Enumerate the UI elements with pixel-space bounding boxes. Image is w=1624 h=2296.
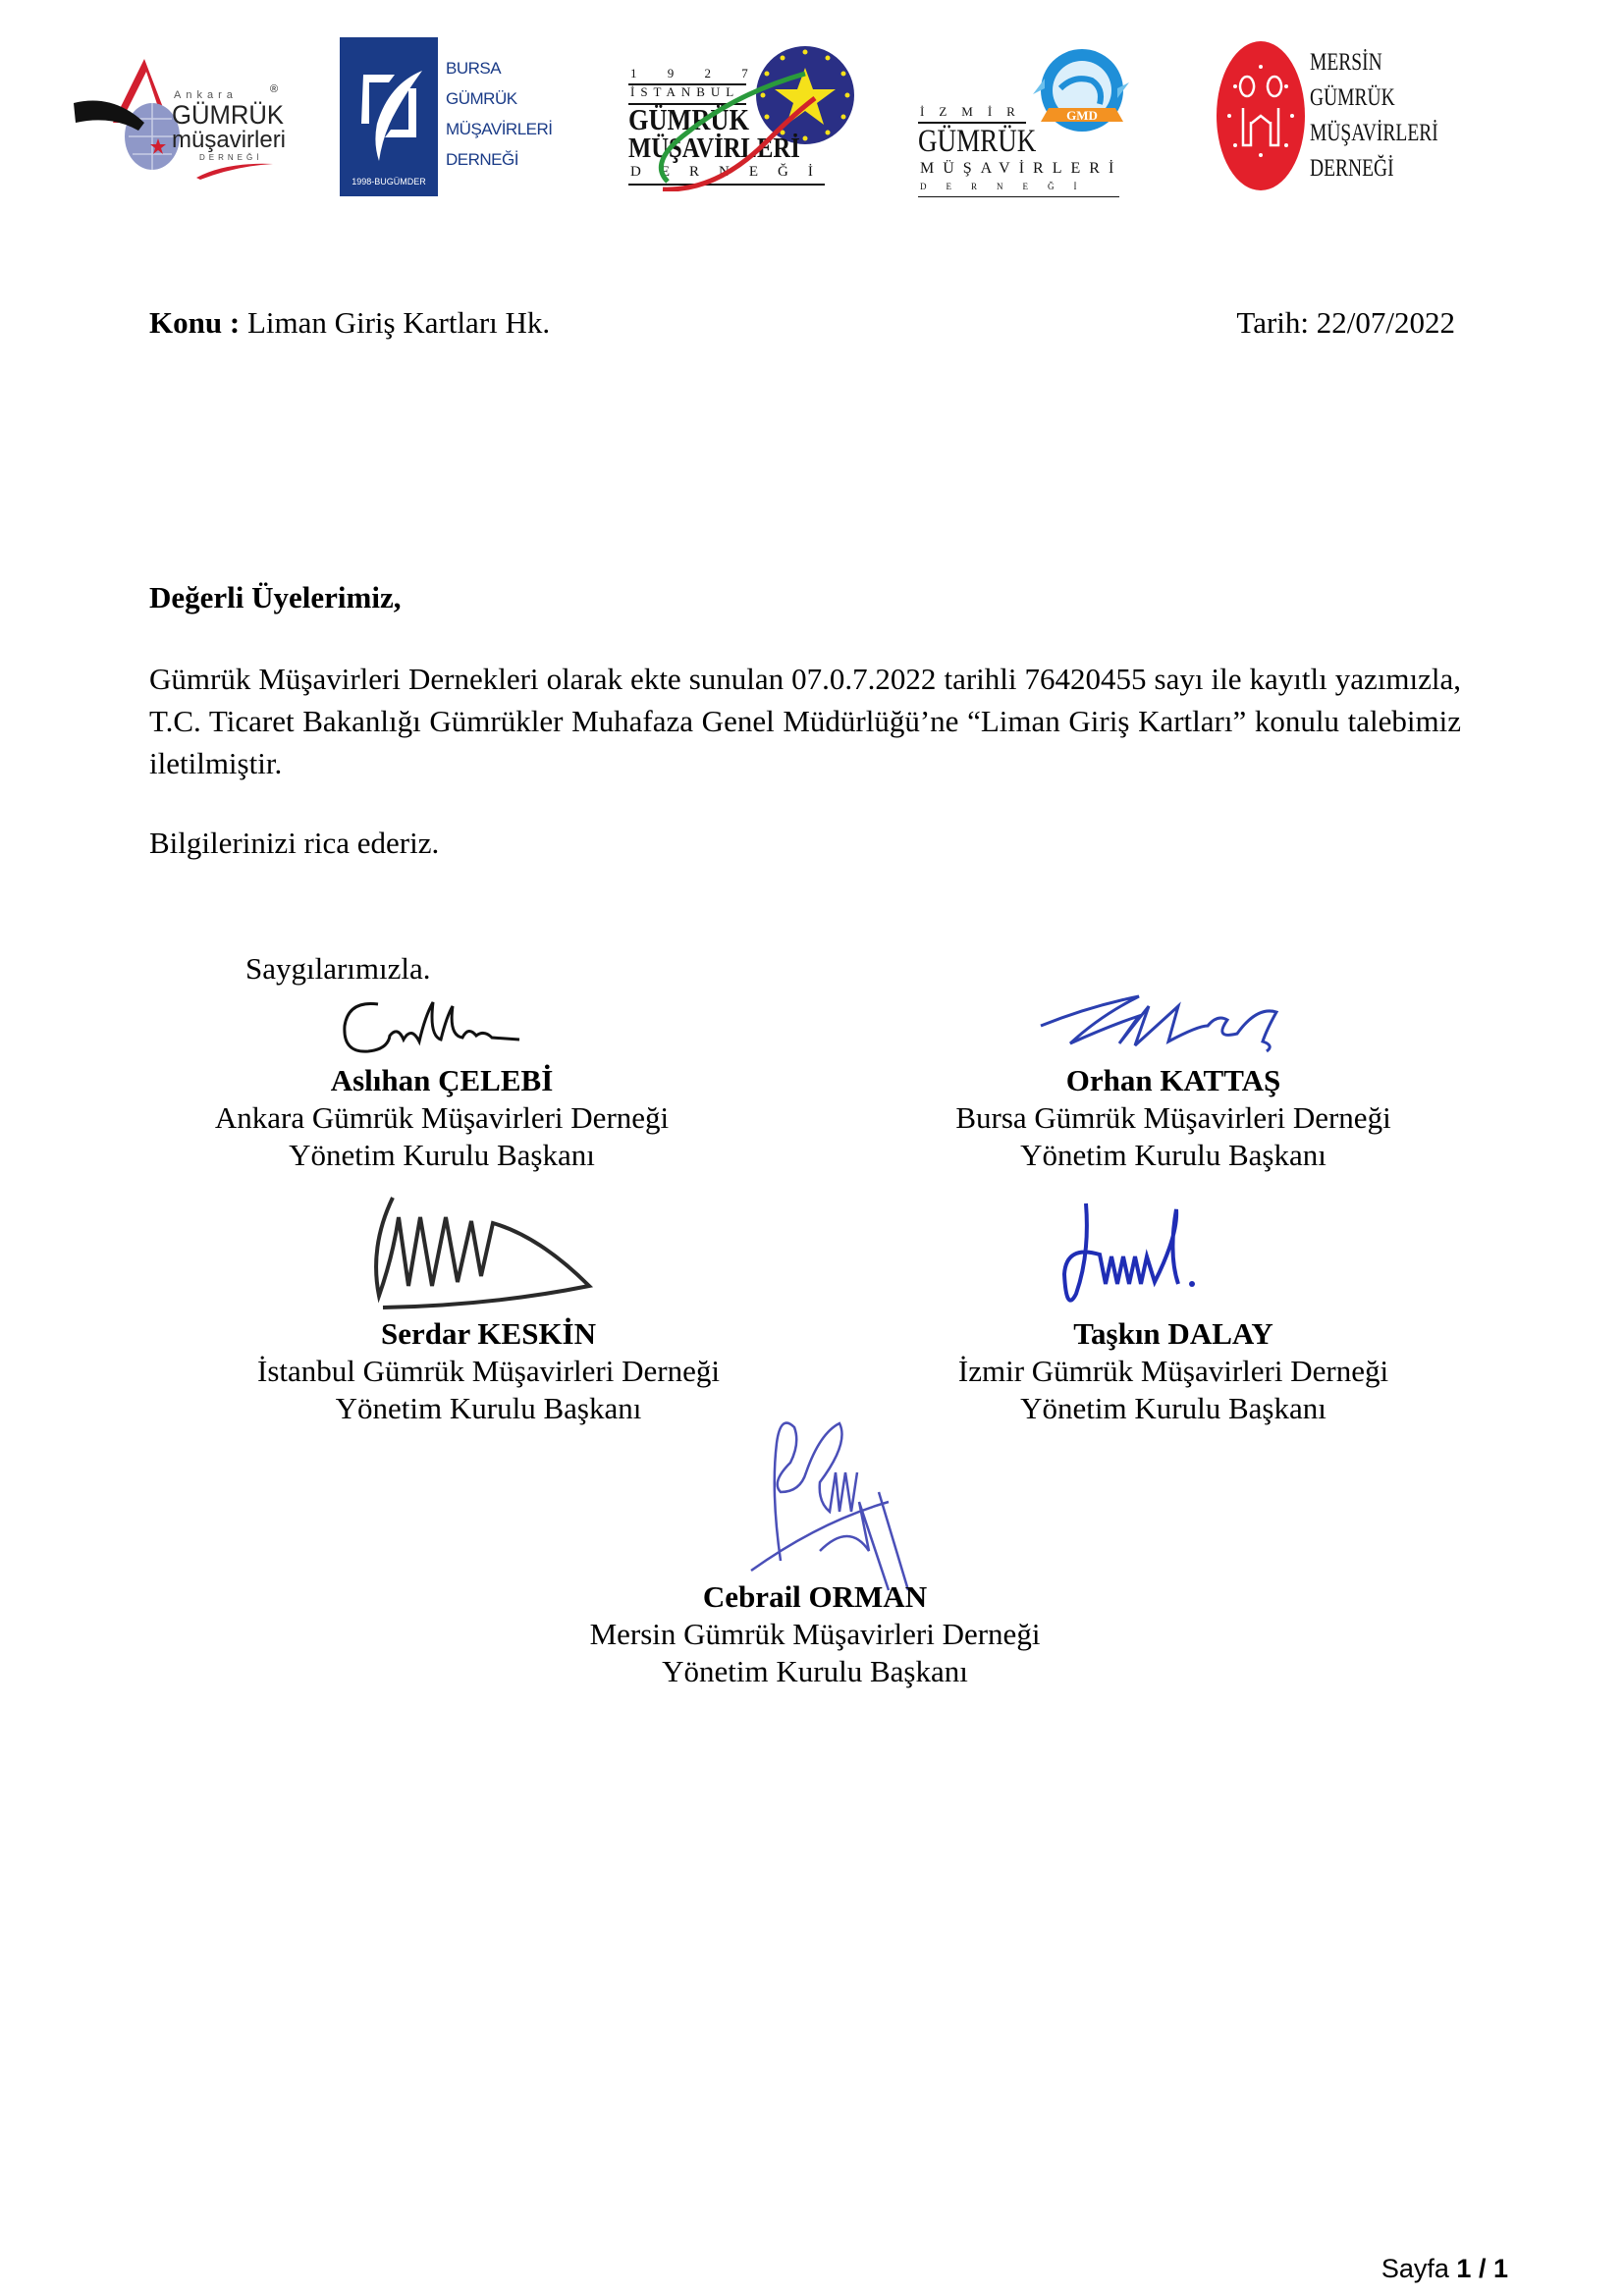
ankara-association-logo: Ankara ® GÜMRÜK müşavirleri DERNEĞİ [74,54,295,177]
page-number: Sayfa 1 / 1 [1381,2254,1508,2284]
signature-izmir-icon [1060,1196,1286,1313]
signatory-organization: Bursa Gümrük Müşavirleri Derneği [918,1099,1429,1137]
globe-badge-icon: GMD [1031,39,1129,147]
signatory-organization: İzmir Gümrük Müşavirleri Derneği [918,1353,1429,1390]
bursa-logo-line1: BURSA [446,53,553,83]
izmir-logo-city: İZMİR [920,104,1030,120]
izmir-logo-line4: DERNEĞİ [920,182,1097,191]
closing-line: Bilgilerinizi rica ederiz. [149,823,439,864]
mersin-logo-line4: DERNEĞİ [1310,151,1438,187]
mersin-logo-line1: MERSİN [1310,45,1438,80]
page-total: 1 [1493,2254,1508,2283]
signatory-name: Taşkın DALAY [918,1315,1429,1353]
signatory-title: Yönetim Kurulu Başkanı [918,1137,1429,1174]
date-label: Tarih: [1236,305,1309,340]
bursa-logo-box: 1998-BUGÜMDER [340,37,438,196]
leaf-emblem-icon [340,55,438,173]
signatory-organization: Ankara Gümrük Müşavirleri Derneği [187,1099,697,1137]
subject-line: Konu : Liman Giriş Kartları Hk. [149,302,550,344]
signatory-block-bursa: Orhan KATTAŞ Bursa Gümrük Müşavirleri De… [918,1062,1429,1174]
page-current: 1 [1456,2254,1471,2283]
signature-ankara-icon [339,996,525,1065]
signatory-organization: İstanbul Gümrük Müşavirleri Derneği [216,1353,761,1390]
mersin-association-logo: MERSİN GÜMRÜK MÜŞAVİRLERİ DERNEĞİ [1216,37,1461,199]
izmir-logo-line2: GÜMRÜK [918,124,1036,159]
signatory-title: Yönetim Kurulu Başkanı [187,1137,697,1174]
signatory-title: Yönetim Kurulu Başkanı [918,1390,1429,1427]
mersin-logo-line3: MÜŞAVİRLERİ [1310,116,1438,151]
izmir-logo-line3: MÜŞAVİRLERİ [920,160,1122,178]
swoosh-decoration-icon [196,160,275,180]
signatory-name: Cebrail ORMAN [560,1578,1070,1616]
signatory-block-istanbul: Serdar KESKİN İstanbul Gümrük Müşavirler… [216,1315,761,1427]
signature-istanbul-icon [363,1188,599,1315]
signatory-organization: Mersin Gümrük Müşavirleri Derneği [560,1616,1070,1653]
bursa-logo-line3: MÜŞAVİRLERİ [446,114,553,144]
regards-line: Saygılarımızla. [245,948,431,989]
signature-mersin-icon [741,1404,918,1600]
date-value: 22/07/2022 [1317,305,1455,340]
svg-text:GMD: GMD [1066,108,1098,123]
signatory-block-mersin: Cebrail ORMAN Mersin Gümrük Müşavirleri … [560,1578,1070,1690]
subject-label: Konu [149,305,222,340]
globe-mountain-icon [74,54,182,177]
salutation: Değerli Üyelerimiz, [149,577,401,618]
bursa-association-logo: 1998-BUGÜMDER BURSA GÜMRÜK MÜŞAVİRLERİ D… [340,37,546,196]
mersin-logo-line2: GÜMRÜK [1310,80,1438,116]
bursa-logo-caption: 1998-BUGÜMDER [344,177,434,187]
signatory-title: Yönetim Kurulu Başkanı [560,1653,1070,1690]
signatory-block-ankara: Aslıhan ÇELEBİ Ankara Gümrük Müşavirleri… [187,1062,697,1174]
signatory-name: Serdar KESKİN [216,1315,761,1353]
subject-value: Liman Giriş Kartları Hk. [247,305,550,340]
red-seal-icon [1216,37,1306,194]
signatory-block-izmir: Taşkın DALAY İzmir Gümrük Müşavirleri De… [918,1315,1429,1427]
swoosh-decoration-icon [628,44,825,191]
istanbul-association-logo: 1 9 2 7 İSTANBUL GÜMRÜK MÜŞAVİRLERİ DERN… [628,44,864,191]
izmir-association-logo: GMD İZMİR GÜMRÜK MÜŞAVİRLERİ DERNEĞİ [918,39,1129,201]
signatory-name: Aslıhan ÇELEBİ [187,1062,697,1099]
bursa-logo-line4: DERNEĞİ [446,144,553,175]
logo-ankara-line3: müşavirleri [172,128,286,153]
logo-ankara-mark: ® [270,83,278,95]
signatory-title: Yönetim Kurulu Başkanı [216,1390,761,1427]
logo-ankara-line2: GÜMRÜK [172,101,284,129]
date-line: Tarih: 22/07/2022 [1236,302,1455,344]
page-separator: / [1471,2254,1493,2283]
signature-bursa-icon [1031,987,1306,1055]
subject-separator: : [222,305,247,340]
page-label: Sayfa [1381,2254,1449,2283]
bursa-logo-line2: GÜMRÜK [446,83,553,114]
body-paragraph: Gümrük Müşavirleri Dernekleri olarak ekt… [149,658,1461,784]
signatory-name: Orhan KATTAŞ [918,1062,1429,1099]
